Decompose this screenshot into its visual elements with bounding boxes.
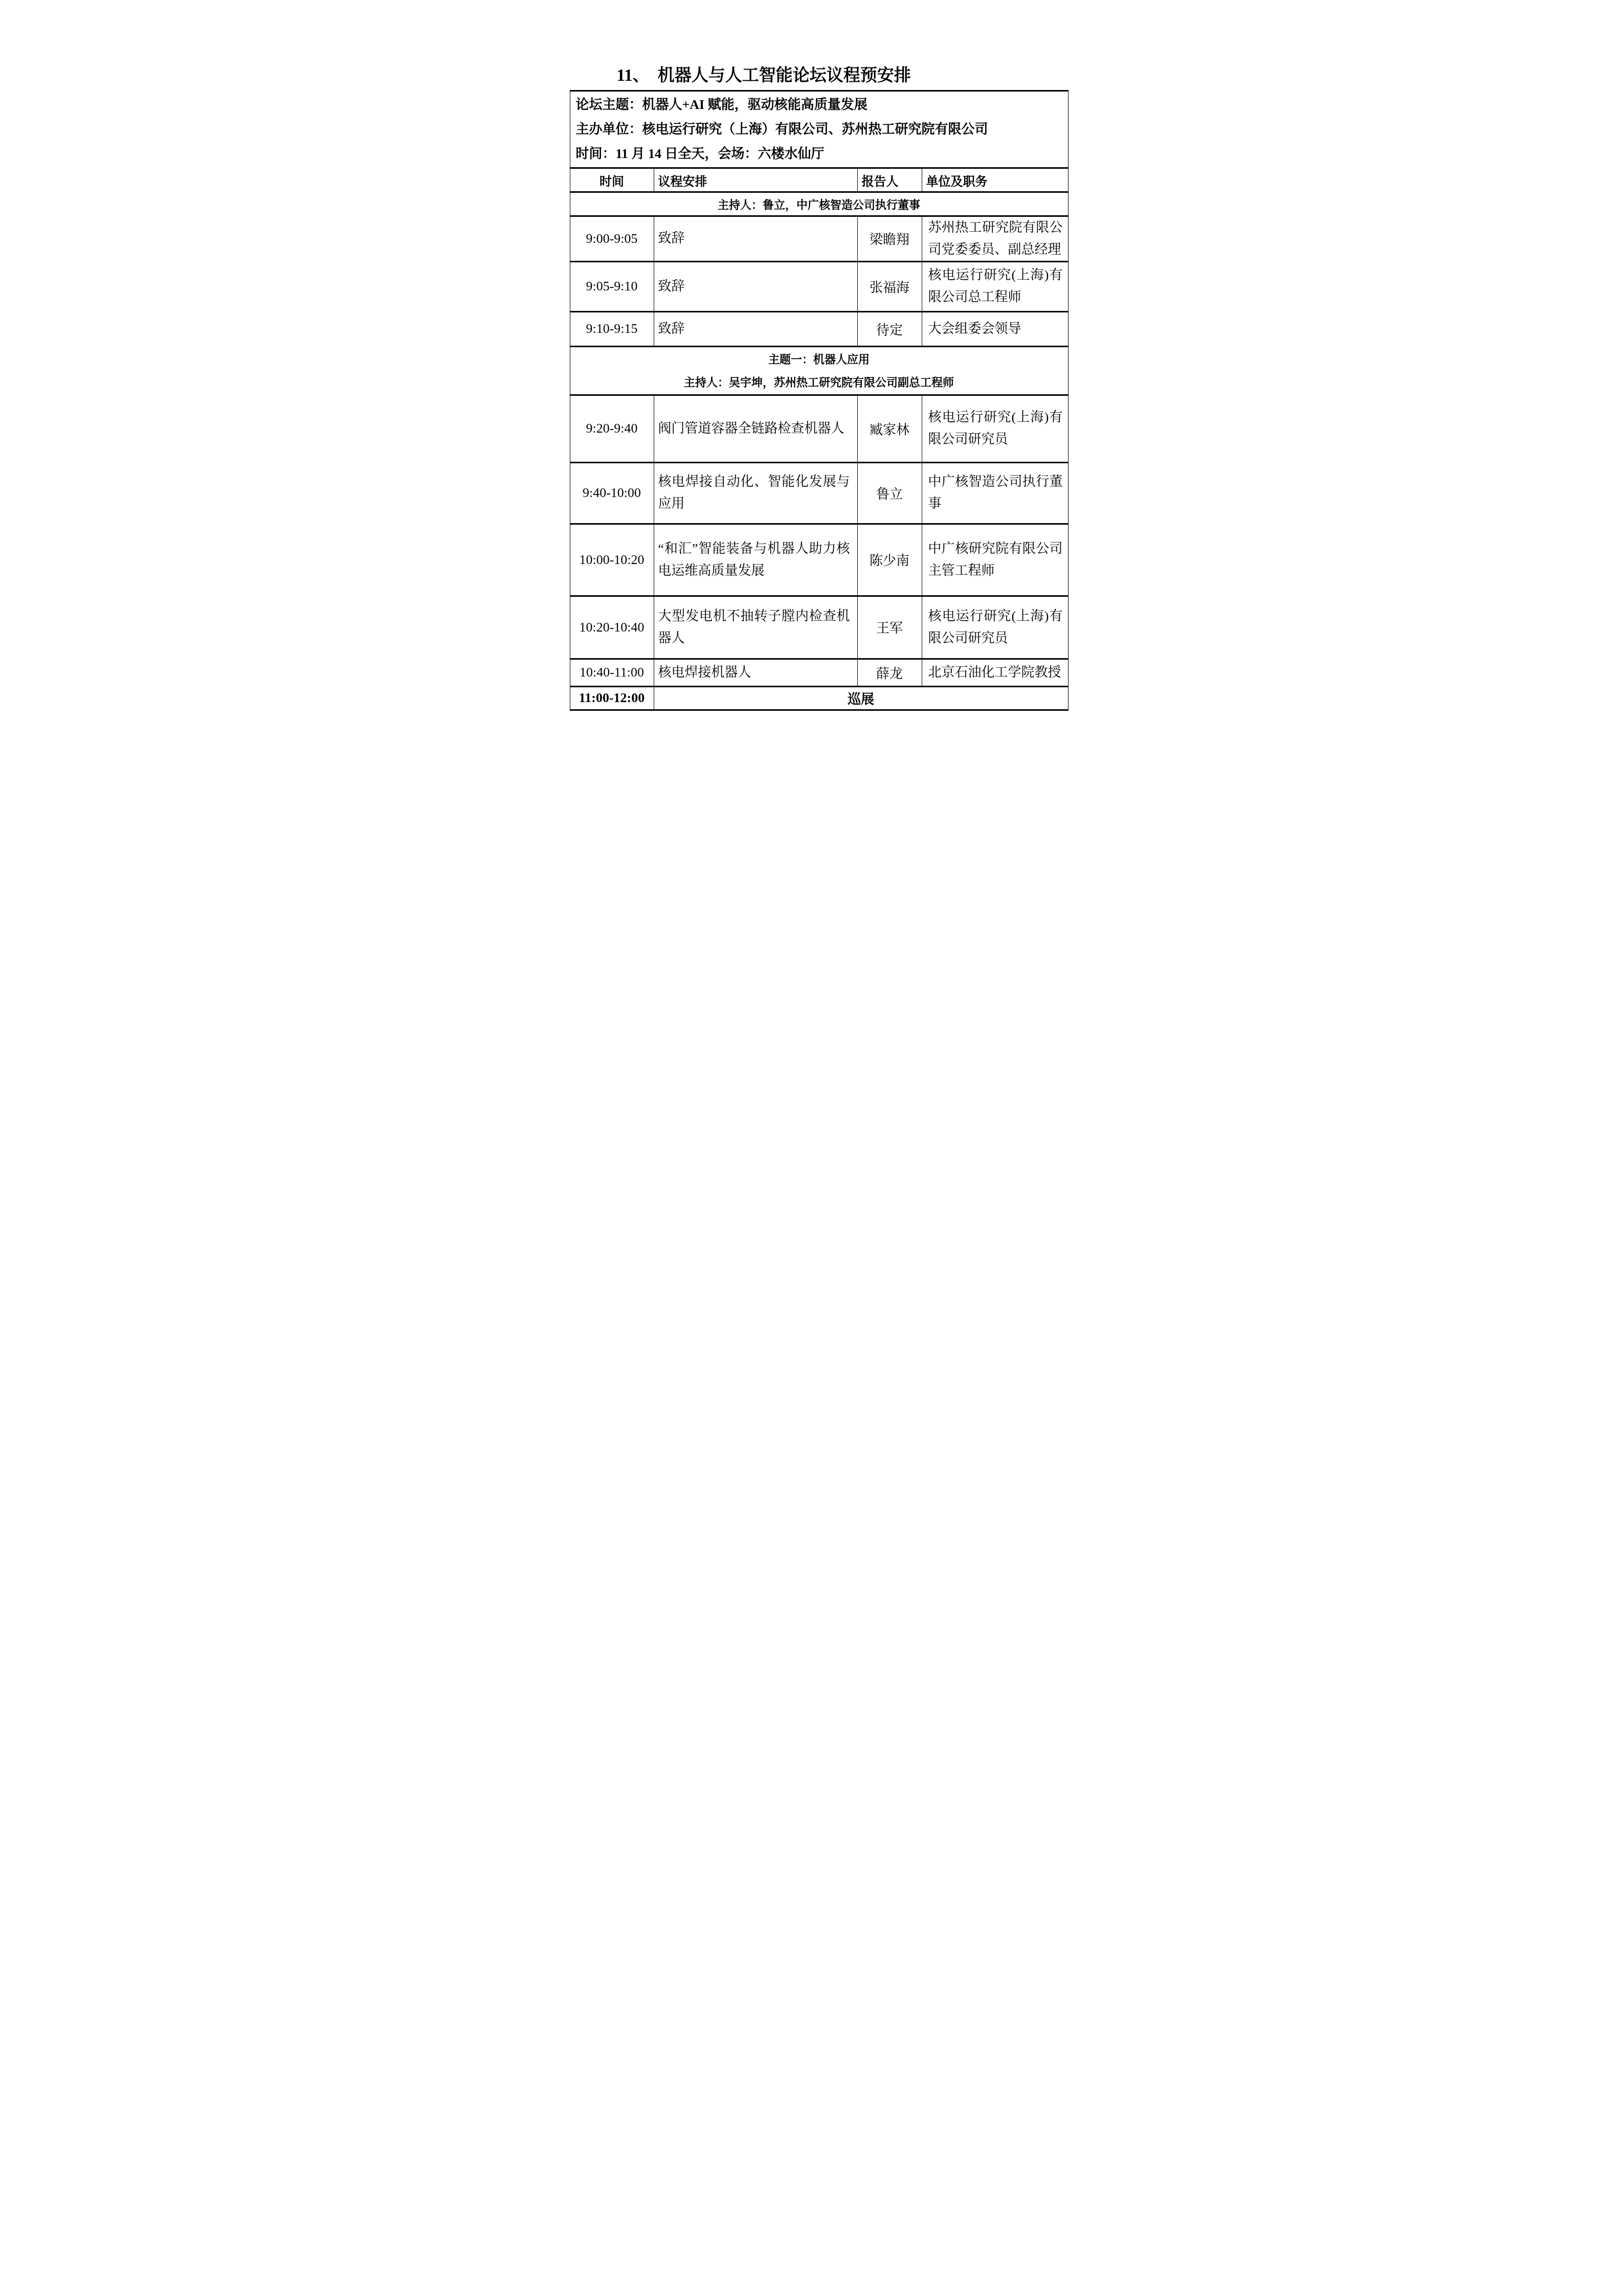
speaker-cell: 梁瞻翔 bbox=[857, 216, 922, 262]
table-row: 9:05-9:10 致辞 张福海 核电运行研究(上海)有限公司总工程师 bbox=[570, 261, 1068, 311]
forum-theme: 论坛主题：机器人+AI 赋能，驱动核能高质量发展 bbox=[576, 93, 1062, 117]
header-unit: 单位及职务 bbox=[922, 168, 1068, 192]
time-cell: 10:00-10:20 bbox=[570, 524, 654, 596]
time-cell: 9:10-9:15 bbox=[570, 311, 654, 346]
agenda-cell: 致辞 bbox=[654, 311, 857, 346]
page-title: 11、机器人与人工智能论坛议程预安排 bbox=[617, 65, 1094, 86]
header-time: 时间 bbox=[570, 168, 654, 192]
agenda-cell: “和汇”智能装备与机器人助力核电运维高质量发展 bbox=[654, 524, 857, 596]
speaker-cell: 待定 bbox=[857, 311, 922, 346]
agenda-cell: 致辞 bbox=[654, 216, 857, 262]
session-title: 主题一：机器人应用 bbox=[571, 348, 1067, 371]
speaker-cell: 王军 bbox=[857, 596, 922, 659]
session-cell: 主题一：机器人应用 主持人：吴宇坤，苏州热工研究院有限公司副总工程师 bbox=[570, 346, 1068, 395]
unit-cell: 大会组委会领导 bbox=[922, 311, 1068, 346]
unit-cell: 核电运行研究(上海)有限公司研究员 bbox=[922, 596, 1068, 659]
agenda-cell: 核电焊接机器人 bbox=[654, 659, 857, 686]
title-text: 机器人与人工智能论坛议程预安排 bbox=[658, 66, 911, 85]
speaker-cell: 陈少南 bbox=[857, 524, 922, 596]
table-row: 10:00-10:20 “和汇”智能装备与机器人助力核电运维高质量发展 陈少南 … bbox=[570, 524, 1068, 596]
table-row: 9:40-10:00 核电焊接自动化、智能化发展与应用 鲁立 中广核智造公司执行… bbox=[570, 462, 1068, 524]
time-cell: 9:00-9:05 bbox=[570, 216, 654, 262]
document-page: 11、机器人与人工智能论坛议程预安排 论坛主题：机器人+AI 赋能，驱动核能高质… bbox=[531, 0, 1094, 796]
moderator-row: 主持人：鲁立，中广核智造公司执行董事 bbox=[570, 192, 1068, 216]
title-number: 11、 bbox=[617, 66, 650, 85]
header-speaker: 报告人 bbox=[857, 168, 922, 192]
time-cell: 9:40-10:00 bbox=[570, 462, 654, 524]
agenda-cell: 阀门管道容器全链路检查机器人 bbox=[654, 395, 857, 462]
unit-cell: 中广核智造公司执行董事 bbox=[922, 462, 1068, 524]
forum-organizer: 主办单位：核电运行研究（上海）有限公司、苏州热工研究院有限公司 bbox=[576, 117, 1062, 142]
exhibition-row: 11:00-12:00 巡展 bbox=[570, 686, 1068, 710]
forum-info-row: 论坛主题：机器人+AI 赋能，驱动核能高质量发展 主办单位：核电运行研究（上海）… bbox=[570, 91, 1068, 168]
table-row: 9:00-9:05 致辞 梁瞻翔 苏州热工研究院有限公司党委委员、副总经理 bbox=[570, 216, 1068, 262]
table-header-row: 时间 议程安排 报告人 单位及职务 bbox=[570, 168, 1068, 192]
speaker-cell: 薛龙 bbox=[857, 659, 922, 686]
session-row: 主题一：机器人应用 主持人：吴宇坤，苏州热工研究院有限公司副总工程师 bbox=[570, 346, 1068, 395]
unit-cell: 苏州热工研究院有限公司党委委员、副总经理 bbox=[922, 216, 1068, 262]
forum-info-cell: 论坛主题：机器人+AI 赋能，驱动核能高质量发展 主办单位：核电运行研究（上海）… bbox=[570, 91, 1068, 168]
header-agenda: 议程安排 bbox=[654, 168, 857, 192]
agenda-cell: 致辞 bbox=[654, 261, 857, 311]
forum-time-venue: 时间：11 月 14 日全天，会场：六楼水仙厅 bbox=[576, 142, 1062, 166]
speaker-cell: 鲁立 bbox=[857, 462, 922, 524]
speaker-cell: 张福海 bbox=[857, 261, 922, 311]
time-cell: 10:40-11:00 bbox=[570, 659, 654, 686]
table-row: 9:10-9:15 致辞 待定 大会组委会领导 bbox=[570, 311, 1068, 346]
agenda-cell: 核电焊接自动化、智能化发展与应用 bbox=[654, 462, 857, 524]
time-cell: 10:20-10:40 bbox=[570, 596, 654, 659]
table-row: 10:40-11:00 核电焊接机器人 薛龙 北京石油化工学院教授 bbox=[570, 659, 1068, 686]
table-row: 10:20-10:40 大型发电机不抽转子膛内检查机器人 王军 核电运行研究(上… bbox=[570, 596, 1068, 659]
unit-cell: 北京石油化工学院教授 bbox=[922, 659, 1068, 686]
session-moderator: 主持人：吴宇坤，苏州热工研究院有限公司副总工程师 bbox=[571, 371, 1067, 394]
time-cell: 9:20-9:40 bbox=[570, 395, 654, 462]
unit-cell: 中广核研究院有限公司主管工程师 bbox=[922, 524, 1068, 596]
exhibition-time-cell: 11:00-12:00 bbox=[570, 686, 654, 710]
unit-cell: 核电运行研究(上海)有限公司研究员 bbox=[922, 395, 1068, 462]
agenda-cell: 大型发电机不抽转子膛内检查机器人 bbox=[654, 596, 857, 659]
exhibition-label-cell: 巡展 bbox=[654, 686, 1068, 710]
speaker-cell: 臧家林 bbox=[857, 395, 922, 462]
unit-cell: 核电运行研究(上海)有限公司总工程师 bbox=[922, 261, 1068, 311]
time-cell: 9:05-9:10 bbox=[570, 261, 654, 311]
table-row: 9:20-9:40 阀门管道容器全链路检查机器人 臧家林 核电运行研究(上海)有… bbox=[570, 395, 1068, 462]
agenda-table: 论坛主题：机器人+AI 赋能，驱动核能高质量发展 主办单位：核电运行研究（上海）… bbox=[570, 90, 1069, 711]
moderator-cell: 主持人：鲁立，中广核智造公司执行董事 bbox=[570, 192, 1068, 216]
